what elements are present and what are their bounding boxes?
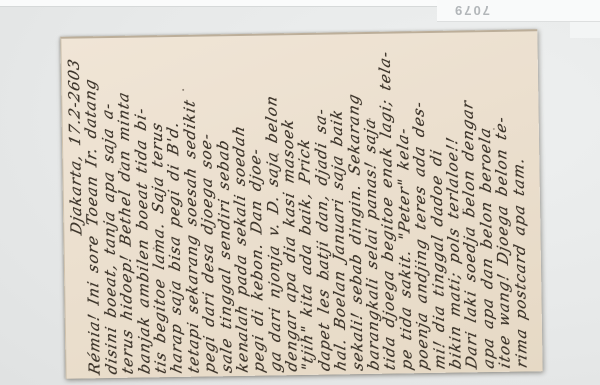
handwriting-block: Djakarta, 17.2-2603Rémia! Ini sore Toean… xyxy=(65,35,530,374)
archive-photo: 7079 Djakarta, 17.2-2603Rémia! Ini sore … xyxy=(0,0,600,385)
catalog-label: 7079 xyxy=(437,0,600,22)
catalog-number: 7079 xyxy=(453,3,490,18)
handwriting-line: rima postcard apa tam. xyxy=(508,34,530,370)
ink-speckles xyxy=(61,39,63,41)
postcard-paper: Djakarta, 17.2-2603Rémia! Ini sore Toean… xyxy=(60,29,542,378)
